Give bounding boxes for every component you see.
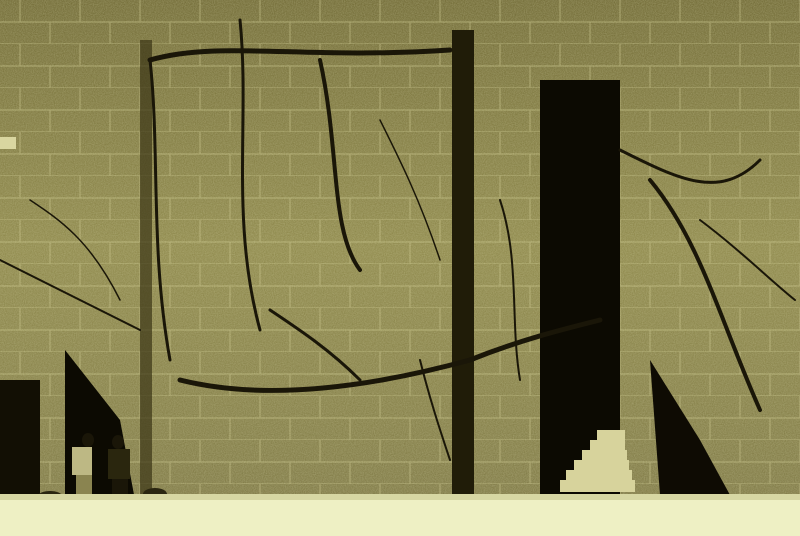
ground	[0, 494, 800, 536]
pilaster-shadow	[452, 30, 474, 500]
stone-wall-photo	[0, 0, 800, 536]
wall-vent	[0, 137, 16, 149]
photo-scene	[0, 0, 800, 536]
